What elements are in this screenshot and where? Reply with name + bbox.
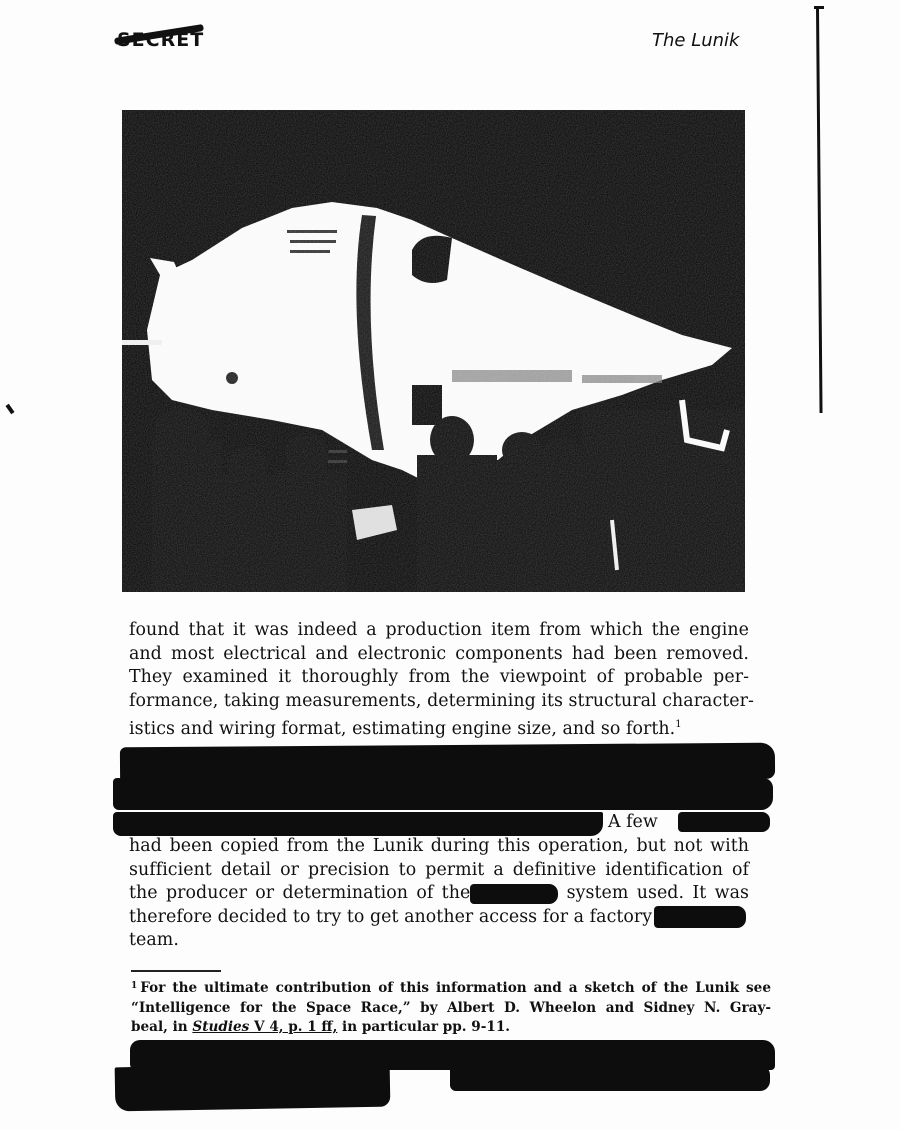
paragraph-2-line: the producer or determination of the sys… [129, 882, 749, 906]
redaction-block [450, 1065, 770, 1091]
paragraph-2-line: sufficient detail or precision to permit… [129, 859, 749, 883]
footnote-rule [131, 970, 221, 972]
redaction-block [115, 1063, 391, 1112]
inline-redaction [654, 906, 746, 928]
paragraph-1-line: and most electrical and electronic compo… [129, 643, 749, 667]
paragraph-2-fragment: A few [608, 812, 658, 832]
paragraph-1-line: formance, taking measurements, determini… [129, 690, 749, 714]
footnote-text: For the ultimate contribution of this in… [140, 980, 771, 996]
redaction-block [678, 812, 770, 832]
redaction-block [113, 778, 773, 810]
paragraph-1-line-text: istics and wiring format, estimating eng… [129, 719, 675, 739]
footnote-text: beal, in [131, 1019, 192, 1035]
running-head-title: The Lunik [652, 30, 739, 51]
lunik-photograph [122, 110, 745, 592]
footnote-text: in particular pp. 9-11. [337, 1019, 510, 1035]
paragraph-1-line: They examined it thoroughly from the vie… [129, 666, 749, 690]
margin-change-bar [816, 8, 823, 413]
footnote-marker: 1 [131, 981, 137, 991]
inline-redaction [470, 884, 558, 904]
paragraph-1-line: found that it was indeed a production it… [129, 619, 749, 643]
journal-name: Studies [192, 1019, 249, 1035]
paragraph-2-line: team. [129, 929, 749, 953]
footnote-line: 1For the ultimate contribution of this i… [131, 977, 771, 999]
paragraph-2: had been copied from the Lunik during th… [129, 835, 749, 953]
paragraph-2-text: the producer or determination of the [129, 883, 470, 903]
journal-title: Studies V 4, p. 1 ff, [192, 1019, 337, 1035]
paragraph-1: found that it was indeed a production it… [129, 619, 749, 742]
paragraph-2-line: therefore decided to try to get another … [129, 906, 749, 930]
footnote-reference[interactable]: 1 [675, 719, 681, 730]
redaction-block [113, 812, 603, 836]
photo-icon [122, 110, 745, 592]
paragraph-1-line-last: istics and wiring format, estimating eng… [129, 713, 749, 742]
footnote-line: “Intelligence for the Space Race,” by Al… [131, 999, 771, 1019]
paragraph-2-text: system used. It was [567, 883, 749, 903]
paragraph-2-text: therefore decided to try to get another … [129, 907, 652, 927]
footnote-line: beal, in Studies V 4, p. 1 ff, in partic… [131, 1018, 771, 1038]
stray-ink-mark [5, 404, 14, 414]
paragraph-2-line: had been copied from the Lunik during th… [129, 835, 749, 859]
footnote: 1For the ultimate contribution of this i… [131, 977, 771, 1038]
journal-ref: V 4, p. 1 ff, [249, 1019, 337, 1035]
